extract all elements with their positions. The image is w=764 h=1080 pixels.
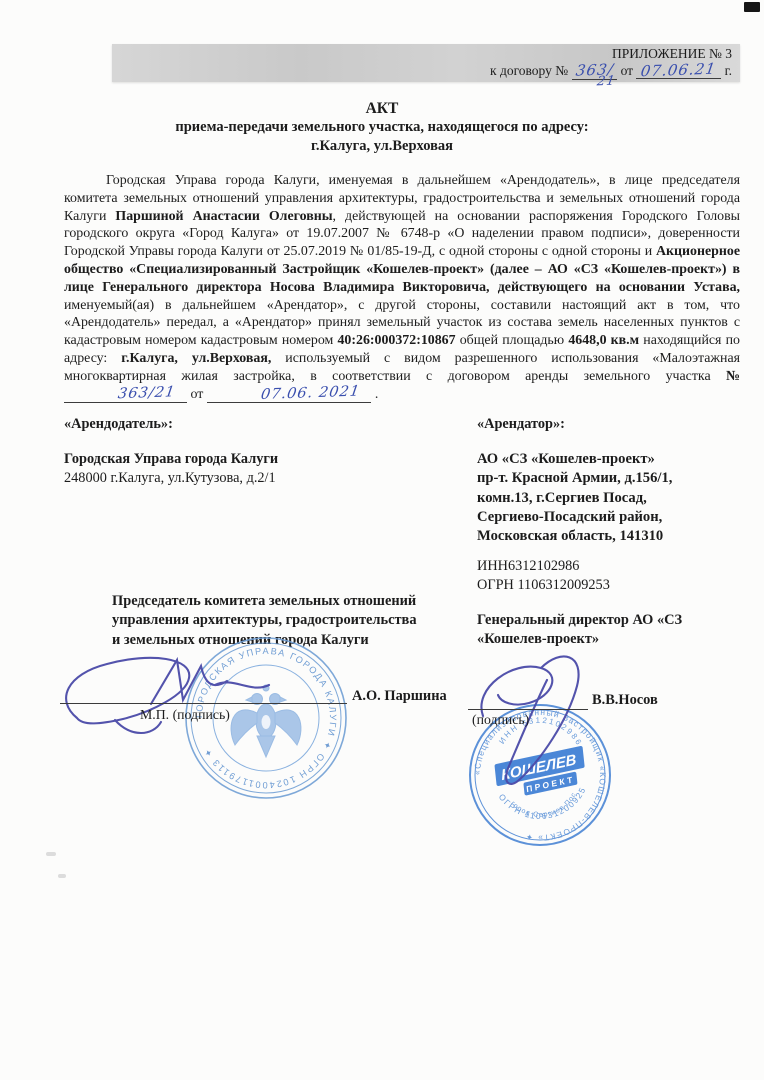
tenant-label: «Арендатор»: [477, 416, 747, 433]
tenant-seal-caption: (подпись) [472, 712, 529, 728]
tenant-address-line: Сергиево-Посадский район, [477, 508, 747, 527]
document-title: АКТ приема-передачи земельного участка, … [0, 99, 764, 155]
contract-reference-line: к договору № 363/21 от 07.06.21 г. [112, 62, 732, 80]
landlord-block: «Арендодатель»: Городская Управа города … [64, 416, 414, 488]
tenant-signer-title-line: «Кошелев-проект» [477, 630, 757, 649]
landlord-signer-title-line: Председатель комитета земельных отношени… [112, 592, 482, 611]
contract-number-denominator: 21 [596, 75, 616, 89]
tenant-ogrn: ОГРН 1106312009253 [477, 576, 747, 595]
tenant-address-line: Московская область, 141310 [477, 527, 747, 546]
title-act: АКТ [0, 99, 764, 118]
ot-label: от [621, 63, 633, 78]
title-subject: приема-передачи земельного участка, нахо… [0, 118, 764, 137]
year-abbr: г. [725, 63, 732, 78]
tenant-signature-ink [455, 648, 655, 808]
landlord-signer-title-line: управления архитектуры, градостроительст… [112, 611, 482, 630]
landlord-seal-caption: М.П. (подпись) [140, 707, 230, 723]
appendix-label: ПРИЛОЖЕНИЕ № 3 [112, 45, 732, 62]
scan-speck [46, 852, 56, 856]
landlord-label: «Арендодатель»: [64, 416, 414, 433]
tenant-block: «Арендатор»: АО «СЗ «Кошелев-проект» пр-… [477, 416, 747, 595]
tenant-signer-title-line: Генеральный директор АО «СЗ [477, 611, 757, 630]
body-paragraph: Городская Управа города Калуги, именуема… [64, 172, 740, 403]
contract-date-handwritten: 07.06.21 [640, 62, 717, 80]
tenant-signer-name: В.В.Носов [592, 692, 658, 709]
scan-speck [58, 874, 66, 878]
tenant-address-line: пр-т. Красной Армии, д.156/1, [477, 469, 747, 488]
landlord-address: 248000 г.Калуга, ул.Кутузова, д.2/1 [64, 469, 414, 488]
contract-date-field: 07.06.21 [636, 63, 721, 79]
document-page: ПРИЛОЖЕНИЕ № 3 к договору № 363/21 от 07… [0, 0, 764, 1080]
title-address: г.Калуга, ул.Верховая [0, 137, 764, 156]
contract-number-field: 363/21 [572, 62, 618, 80]
tenant-name: АО «СЗ «Кошелев-проект» [477, 450, 747, 469]
landlord-signer-name: А.О. Паршина [352, 688, 447, 705]
tenant-address-line: комн.13, г.Сергиев Посад, [477, 489, 747, 508]
tenant-signature-line [468, 709, 588, 710]
landlord-name: Городская Управа города Калуги [64, 450, 414, 469]
landlord-signature-ink [55, 638, 345, 753]
tenant-inn: ИНН6312102986 [477, 557, 747, 576]
landlord-signature-line [60, 703, 347, 704]
scan-corner-mark [744, 2, 760, 12]
contract-prefix: к договору № [490, 63, 568, 78]
tenant-signer-title: Генеральный директор АО «СЗ «Кошелев-про… [477, 611, 757, 650]
appendix-band: ПРИЛОЖЕНИЕ № 3 к договору № 363/21 от 07… [112, 44, 740, 82]
